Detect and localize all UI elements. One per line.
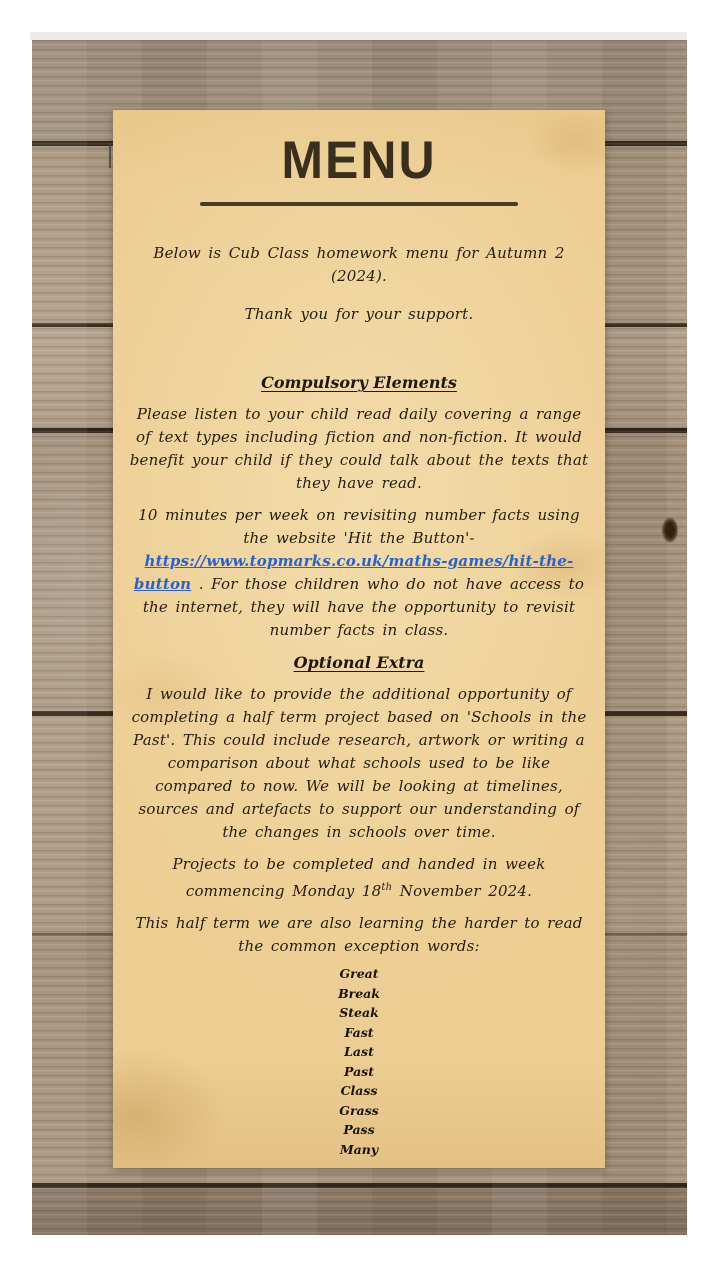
exception-word: Class: [129, 1081, 589, 1101]
ordinal-suffix: th: [381, 882, 392, 893]
maths-paragraph: 10 minutes per week on revisiting number…: [129, 504, 589, 642]
words-intro-paragraph: This half term we are also learning the …: [129, 912, 589, 958]
maths-text-before: 10 minutes per week on revisiting number…: [138, 506, 580, 547]
exception-word: Steak: [129, 1003, 589, 1023]
exception-word: Pass: [129, 1120, 589, 1140]
exception-word-list: Great Break Steak Fast Last Past Class G…: [129, 964, 589, 1159]
exception-word: Last: [129, 1042, 589, 1062]
section-heading-optional: Optional Extra: [129, 652, 589, 674]
section-heading-compulsory: Compulsory Elements: [129, 372, 589, 394]
exception-word: Fast: [129, 1023, 589, 1043]
exception-word: Grass: [129, 1101, 589, 1121]
wood-top-edge: [30, 32, 687, 40]
exception-word: Great: [129, 964, 589, 984]
deadline-date: November 2024.: [392, 882, 532, 900]
slide-canvas: MENU Below is Cub Class homework menu fo…: [0, 0, 720, 1280]
exception-word: Many: [129, 1140, 589, 1160]
exception-word: Past: [129, 1062, 589, 1082]
menu-poster: MENU Below is Cub Class homework menu fo…: [113, 110, 605, 1168]
intro-line-2: Thank you for your support.: [129, 303, 589, 326]
page-title: MENU: [129, 130, 589, 189]
maths-text-after: . For those children who do not have acc…: [143, 575, 584, 639]
title-underline: [200, 202, 518, 206]
deadline-paragraph: Projects to be completed and handed in w…: [129, 853, 589, 903]
exception-word: Break: [129, 984, 589, 1004]
intro-line-1: Below is Cub Class homework menu for Aut…: [129, 242, 589, 288]
reading-paragraph: Please listen to your child read daily c…: [129, 403, 589, 495]
stray-pen-mark: [109, 143, 111, 168]
project-paragraph: I would like to provide the additional o…: [129, 683, 589, 844]
